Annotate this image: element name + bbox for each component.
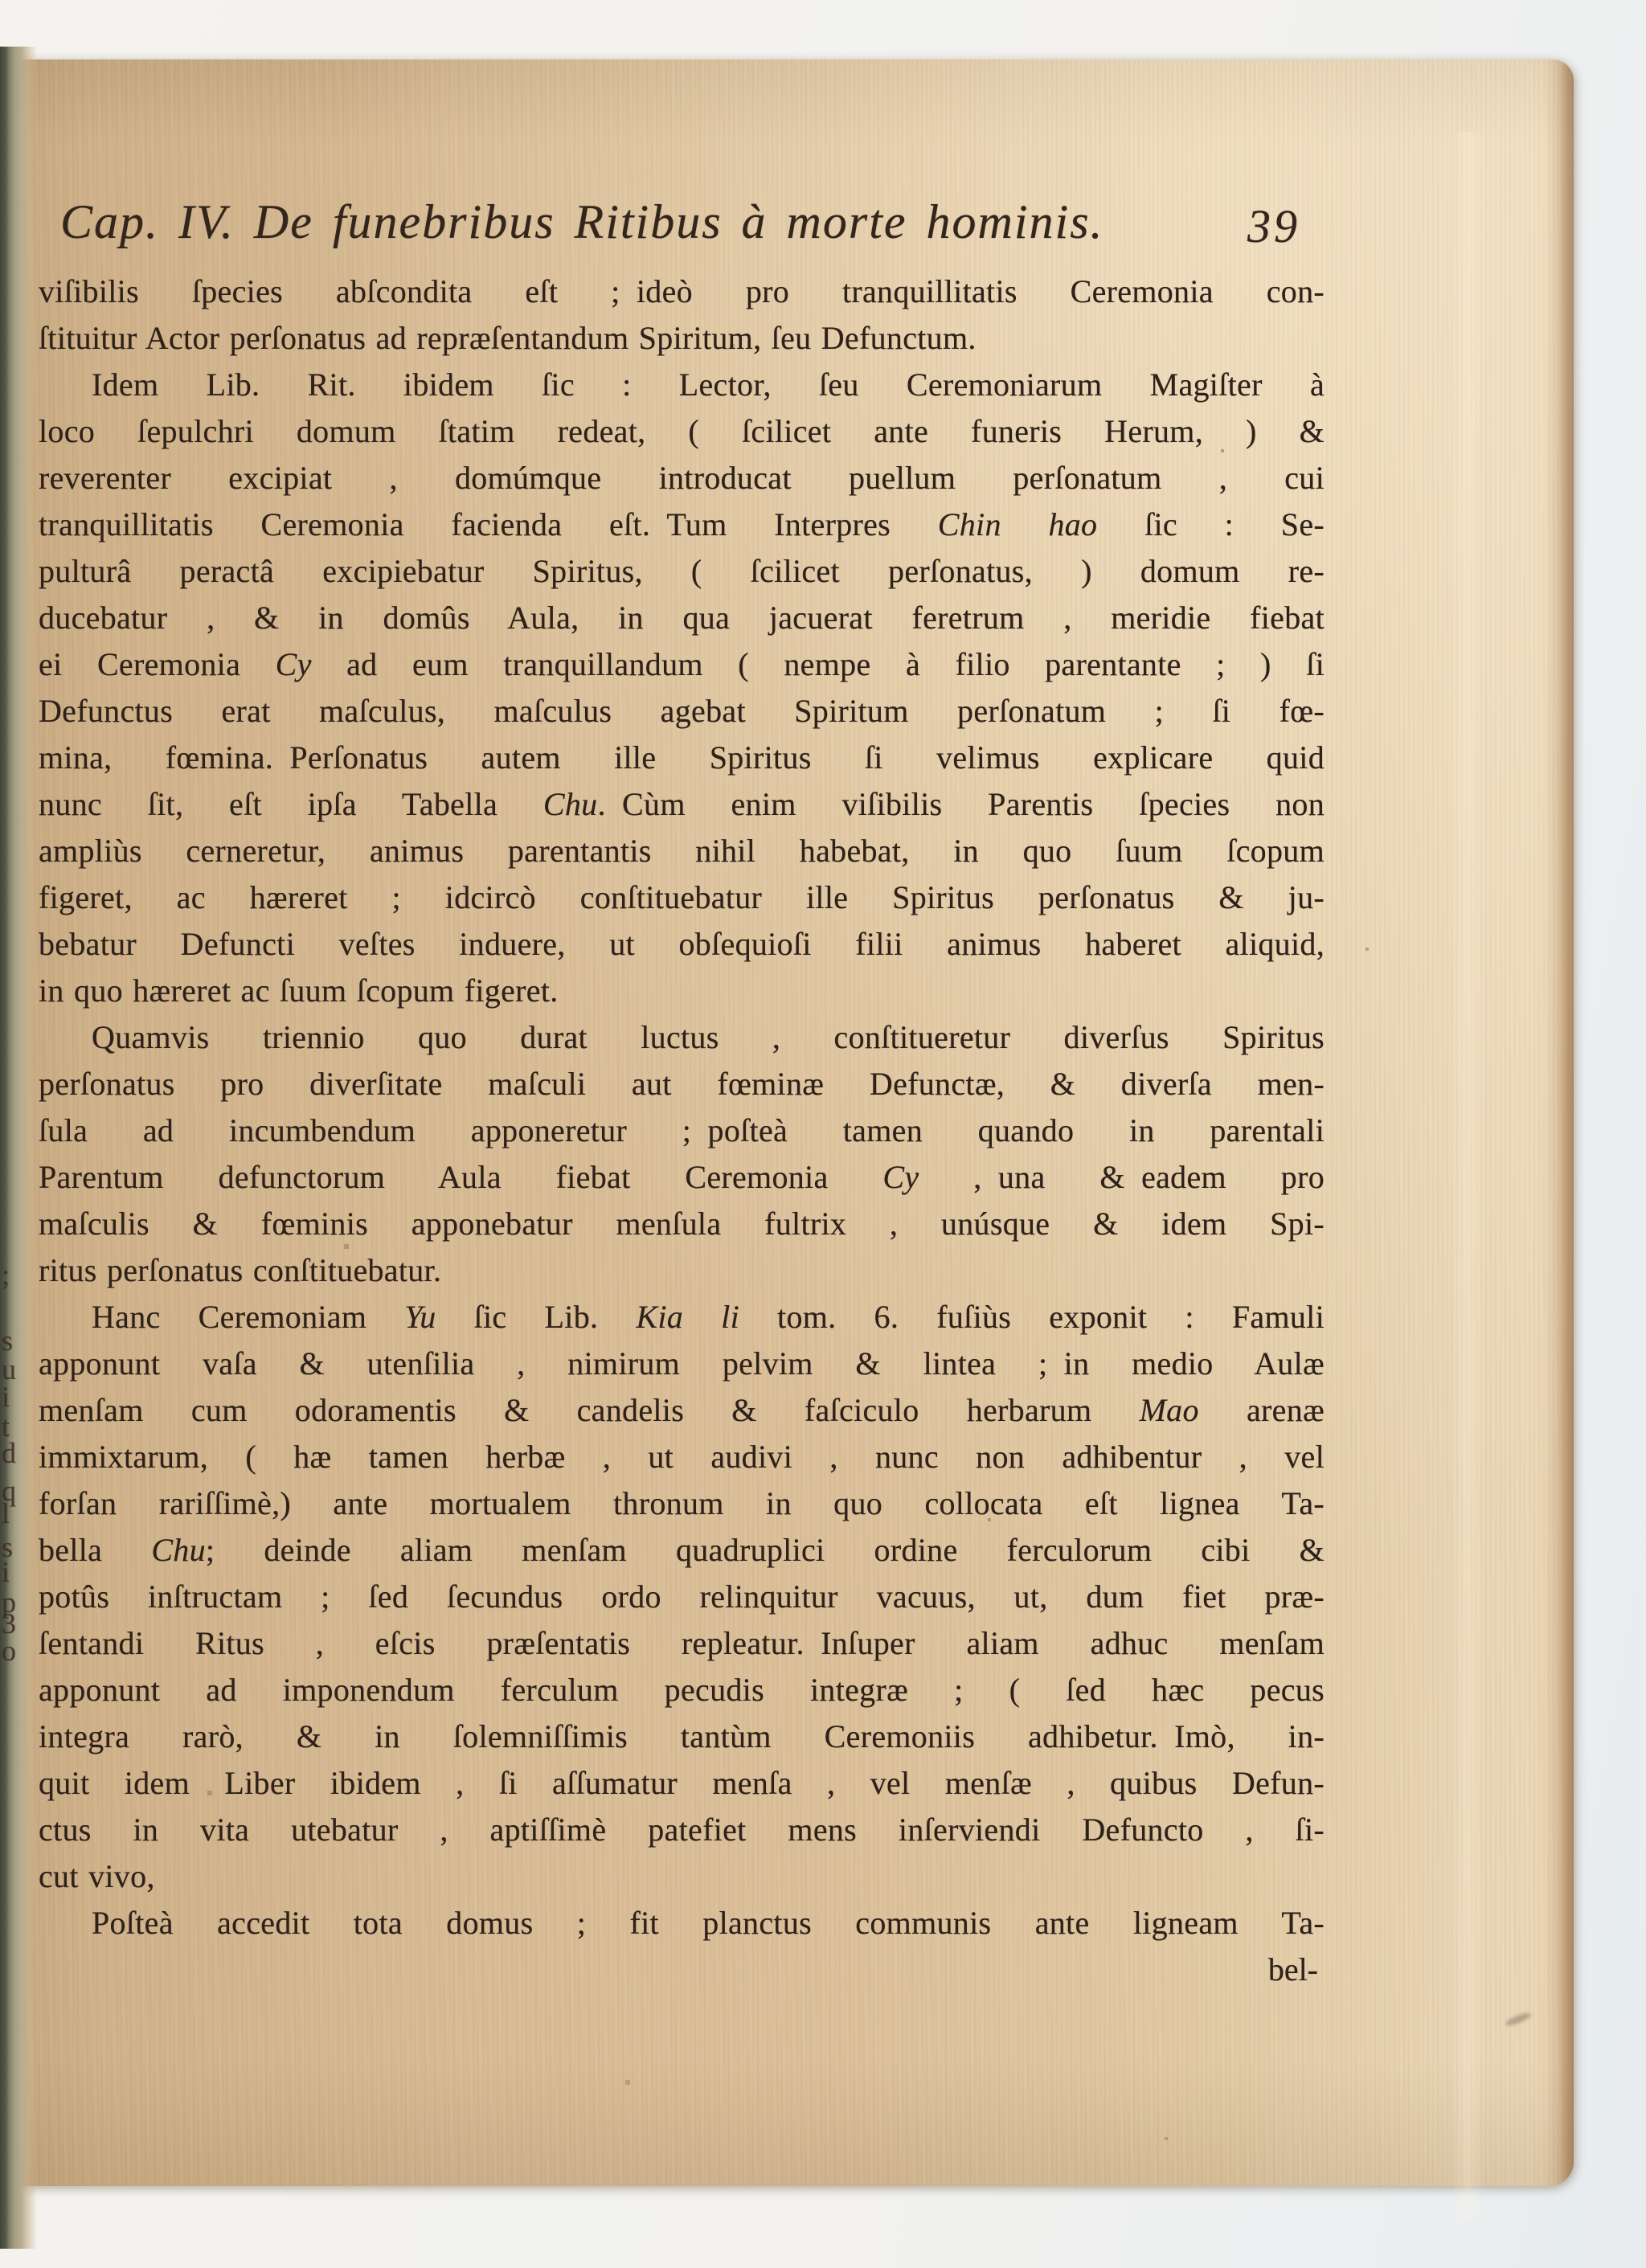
running-head: Cap. IV. De funebribus Ritibus à morte h… <box>60 191 1104 252</box>
italic-term: Yu <box>404 1299 436 1335</box>
text-line: Quamvis triennio quo durat luctus , conſ… <box>39 1014 1325 1061</box>
text-segment: ſentandi Ritus , eſcis præſentatis reple… <box>39 1625 1325 1661</box>
text-segment: . Cùm enim viſibilis Parentis ſpecies no… <box>597 786 1325 822</box>
text-segment: Poſteà accedit tota domus ; fit planctus… <box>92 1905 1325 1941</box>
text-line: potûs inſtructam ; ſed ſecundus ordo rel… <box>39 1574 1325 1620</box>
text-segment: ducebatur , & in domûs Aula, in qua jacu… <box>39 600 1325 636</box>
text-line: ampliùs cerneretur, animus parentantis n… <box>39 828 1325 874</box>
paper-specks <box>0 0 2 2</box>
text-segment: ſic : Se- <box>1097 506 1325 542</box>
text-segment: figeret, ac hæreret ; idcircò conſtitueb… <box>39 879 1325 915</box>
text-segment: quit idem Liber ibidem , ſi aſſumatur me… <box>39 1765 1325 1801</box>
margin-fragment: ; <box>2 1260 10 1289</box>
text-line: quit idem Liber ibidem , ſi aſſumatur me… <box>39 1760 1325 1807</box>
text-line: bebatur Defuncti veſtes induere, ut obſe… <box>39 921 1325 968</box>
text-segment: Idem Lib. Rit. ibidem ſic : Lector, ſeu … <box>92 366 1325 403</box>
text-line: bella Chu; deinde aliam menſam quadrupli… <box>39 1527 1325 1574</box>
text-line: ſtituitur Actor perſonatus ad repræſenta… <box>39 315 1325 362</box>
text-segment: mina, fœmina. Perſonatus autem ille Spir… <box>39 739 1325 776</box>
text-line: immixtarum, ( hæ tamen herbæ , ut audivi… <box>39 1434 1325 1480</box>
text-line: nunc ſit, eſt ipſa Tabella Chu. Cùm enim… <box>39 781 1325 828</box>
italic-term: Chu <box>543 786 598 822</box>
text-segment: pulturâ peractâ excipiebatur Spiritus, (… <box>39 553 1325 589</box>
text-segment: perſonatus pro diverſitate maſculi aut f… <box>39 1066 1325 1102</box>
text-segment: ſula ad incumbendum apponeretur ; poſteà… <box>39 1112 1325 1148</box>
text-segment: menſam cum odoramentis & candelis & faſc… <box>39 1392 1140 1428</box>
text-segment: reverenter excipiat , domúmque introduca… <box>39 460 1325 496</box>
text-segment: cut vivo, <box>39 1858 155 1894</box>
margin-fragment: u <box>2 1355 16 1384</box>
text-line: tranquillitatis Ceremonia facienda eſt. … <box>39 501 1325 548</box>
text-line: ei Ceremonia Cy ad eum tranquillandum ( … <box>39 641 1325 688</box>
text-segment: loco ſepulchri domum ſtatim redeat, ( ſc… <box>39 413 1325 449</box>
italic-term: Chin hao <box>938 506 1098 542</box>
text-segment: ei Ceremonia <box>39 646 276 682</box>
text-line: viſibilis ſpecies abſcondita eſt ; ideò … <box>39 268 1325 315</box>
text-line: Poſteà accedit tota domus ; fit planctus… <box>39 1900 1325 1947</box>
text-line: reverenter excipiat , domúmque introduca… <box>39 455 1325 501</box>
text-segment: Quamvis triennio quo durat luctus , conſ… <box>92 1019 1325 1055</box>
text-line: Defunctus erat maſculus, maſculus agebat… <box>39 688 1325 735</box>
text-segment: ctus in vita utebatur , aptiſſimè patefi… <box>39 1812 1325 1848</box>
text-segment: apponunt ad imponendum ferculum pecudis … <box>39 1672 1325 1708</box>
text-line: Idem Lib. Rit. ibidem ſic : Lector, ſeu … <box>39 362 1325 408</box>
paper-crease <box>1450 132 1485 2221</box>
text-line: maſculis & fœminis apponebatur menſula f… <box>39 1201 1325 1247</box>
text-segment: ritus perſonatus conſtituebatur. <box>39 1252 441 1288</box>
italic-term: Kia li <box>636 1299 739 1335</box>
text-line: in quo hæreret ac ſuum ſcopum figeret. <box>39 968 1325 1014</box>
text-segment: arenæ <box>1199 1392 1325 1428</box>
text-line: ctus in vita utebatur , aptiſſimè patefi… <box>39 1807 1325 1853</box>
text-segment: viſibilis ſpecies abſcondita eſt ; ideò … <box>39 273 1325 309</box>
text-line: menſam cum odoramentis & candelis & faſc… <box>39 1387 1325 1434</box>
text-segment: ampliùs cerneretur, animus parentantis n… <box>39 833 1325 869</box>
margin-fragment: i <box>2 1558 10 1586</box>
text-segment: ad eum tranquillandum ( nempe à filio pa… <box>312 646 1325 682</box>
body-text: viſibilis ſpecies abſcondita eſt ; ideò … <box>39 268 1325 1947</box>
margin-fragment: l <box>2 1499 10 1528</box>
text-segment: integra rarò, & in ſolemniſſimis tantùm … <box>39 1718 1325 1754</box>
margin-fragment: 3 <box>2 1609 16 1638</box>
text-segment: ſtituitur Actor perſonatus ad repræſenta… <box>39 320 977 356</box>
text-line: pulturâ peractâ excipiebatur Spiritus, (… <box>39 548 1325 595</box>
text-line: ſula ad incumbendum apponeretur ; poſteà… <box>39 1107 1325 1154</box>
text-line: ducebatur , & in domûs Aula, in qua jacu… <box>39 595 1325 641</box>
text-line: Hanc Ceremoniam Yu ſic Lib. Kia li tom. … <box>39 1294 1325 1341</box>
text-segment: bebatur Defuncti veſtes induere, ut obſe… <box>39 926 1325 962</box>
page-number: 39 <box>1247 196 1300 257</box>
text-line: figeret, ac hæreret ; idcircò conſtitueb… <box>39 874 1325 921</box>
text-line: integra rarò, & in ſolemniſſimis tantùm … <box>39 1713 1325 1760</box>
italic-term: Cy <box>276 646 312 682</box>
text-line: ſentandi Ritus , eſcis præſentatis reple… <box>39 1620 1325 1667</box>
text-line: loco ſepulchri domum ſtatim redeat, ( ſc… <box>39 408 1325 455</box>
text-segment: forſan rariſſimè,) ante mortualem thronu… <box>39 1485 1325 1521</box>
page-edge-shading <box>1545 59 1574 2186</box>
text-segment: in quo hæreret ac ſuum ſcopum figeret. <box>39 972 559 1009</box>
text-segment: tranquillitatis Ceremonia facienda eſt. … <box>39 506 938 542</box>
text-line: ritus perſonatus conſtituebatur. <box>39 1247 1325 1294</box>
italic-term: Chu <box>151 1532 206 1568</box>
margin-fragment: i <box>2 1382 10 1411</box>
text-line: apponunt ad imponendum ferculum pecudis … <box>39 1667 1325 1713</box>
margin-fragment: s <box>2 1326 13 1355</box>
text-segment: ; deinde aliam menſam quadruplici ordine… <box>206 1532 1325 1568</box>
scan-background: Cap. IV. De funebribus Ritibus à morte h… <box>0 0 1646 2268</box>
text-segment: apponunt vaſa & utenſilia , nimirum pelv… <box>39 1345 1325 1382</box>
text-segment: tom. 6. fuſiùs exponit : Famuli <box>739 1299 1325 1335</box>
text-line: Parentum defunctorum Aula fiebat Ceremon… <box>39 1154 1325 1201</box>
text-segment: maſculis & fœminis apponebatur menſula f… <box>39 1206 1325 1242</box>
text-segment: nunc ſit, eſt ipſa Tabella <box>39 786 543 822</box>
text-line: mina, fœmina. Perſonatus autem ille Spir… <box>39 735 1325 781</box>
italic-term: Mao <box>1140 1392 1199 1428</box>
text-line: forſan rariſſimè,) ante mortualem thronu… <box>39 1480 1325 1527</box>
screenshot-root: { "page": { "header": { "title": "Cap. I… <box>0 0 1646 2268</box>
text-segment: potûs inſtructam ; ſed ſecundus ordo rel… <box>39 1578 1325 1615</box>
text-segment: Parentum defunctorum Aula fiebat Ceremon… <box>39 1159 882 1195</box>
text-segment: Hanc Ceremoniam <box>92 1299 404 1335</box>
text-segment: Defunctus erat maſculus, maſculus agebat… <box>39 693 1325 729</box>
text-segment: , una & eadem pro <box>919 1159 1325 1195</box>
margin-fragment: o <box>2 1636 16 1665</box>
text-segment: immixtarum, ( hæ tamen herbæ , ut audivi… <box>39 1439 1325 1475</box>
text-segment: ſic Lib. <box>436 1299 637 1335</box>
gutter-binding-edge <box>0 47 37 2249</box>
text-line: apponunt vaſa & utenſilia , nimirum pelv… <box>39 1341 1325 1387</box>
text-segment: bella <box>39 1532 151 1568</box>
text-line: cut vivo, <box>39 1853 1325 1900</box>
text-line: perſonatus pro diverſitate maſculi aut f… <box>39 1061 1325 1107</box>
catchword: bel- <box>39 1947 1329 1993</box>
italic-term: Cy <box>882 1159 919 1195</box>
margin-fragment: d <box>2 1439 16 1468</box>
